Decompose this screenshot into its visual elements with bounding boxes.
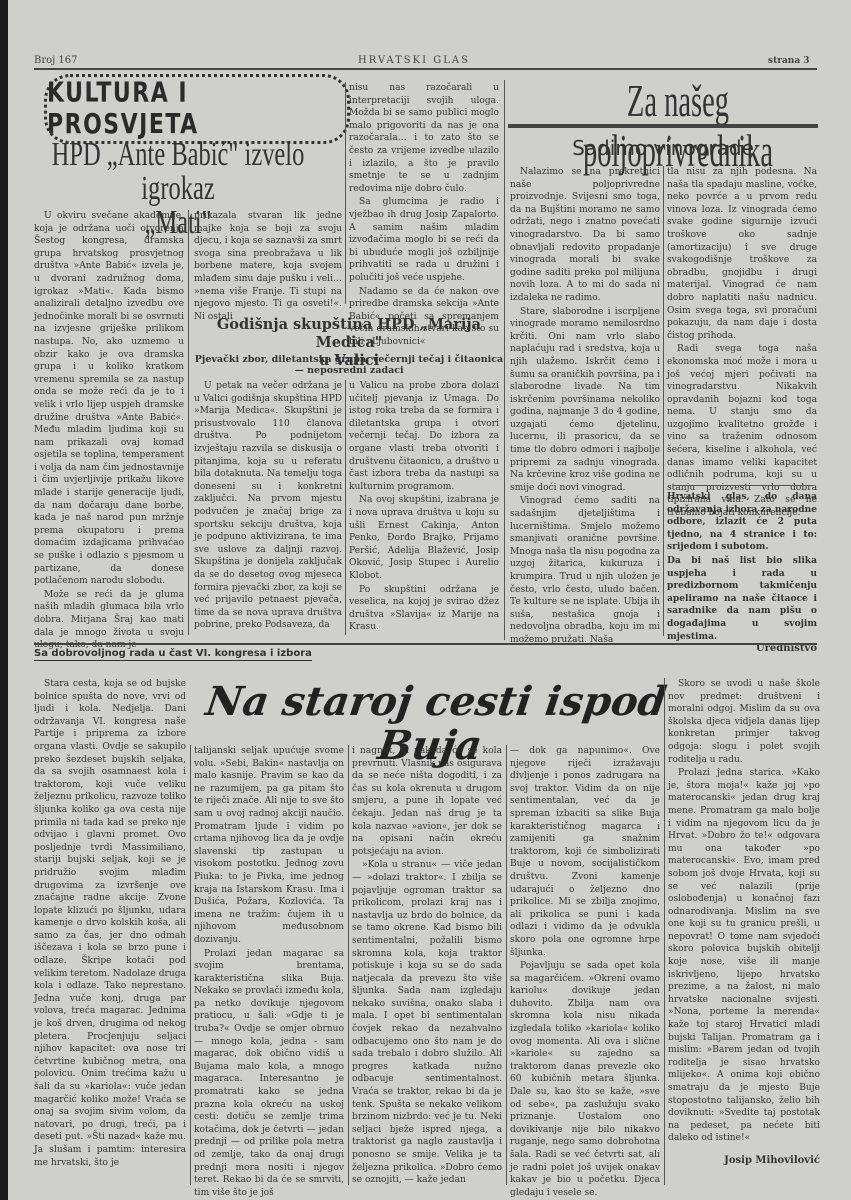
paragraph: Skoro se uvodi u naše škole nov predmet:… [668,678,820,766]
paragraph: Prolazi jedan magarac sa svojim brentama… [194,948,344,1200]
column-divider [504,80,505,640]
vinograde-col2: tla nisu za njih podesna. Na naša tla sp… [667,166,817,520]
column-divider [348,745,349,1185]
column-divider [345,380,346,635]
paragraph: nisu nas razočarali u interpretaciji svo… [349,82,499,195]
buje-col3: i nagnut, ili pak da će se kola prevrnut… [352,745,502,1187]
section-rule [34,643,817,645]
kicker-rule [508,124,818,128]
paragraph: »Kola u stranu« — viče jedan — »dolazi t… [352,859,502,1186]
column-divider [506,745,507,1185]
mati-col3: nisu nas razočarali u interpretaciji svo… [349,82,499,348]
column-divider [188,210,189,635]
column-divider [190,745,191,1185]
vinograde-col1: Nalazimo se na prekretnici naše poljopri… [510,166,660,647]
paragraph: U okviru svečane akademije, koja je održ… [34,210,184,588]
paragraph: prikazala stvaran lik jedne majke koja s… [194,210,342,323]
paragraph: talijanski seljak upućuje svome volu. »S… [194,745,344,947]
paragraph: Vinograd ćemo saditi na sadašnjim djetel… [510,495,660,646]
skupstina-col1: U petak na večer održana je u Valici god… [194,380,342,632]
notice-paragraph: Da bi naš list bio slika uspjeha i rada … [667,555,817,643]
issue-number: Broj 167 [34,55,78,66]
paragraph: u Valicu na probe zbora dolazi učitelj p… [349,380,499,493]
notice-paragraph: Hrvatski glas, do dana održavanja izbora… [667,491,817,554]
column-divider [663,166,664,636]
mati-headline-line1: HPD „Ante Babić" izvelo igrokaz [41,138,315,206]
buje-col2: talijanski seljak upućuje svome volu. »S… [194,745,344,1199]
buje-signature: Josip Mihovilović [668,1155,820,1168]
section-banner-text: KULTURA I PROSVJETA [47,78,347,141]
paragraph: Po skupštini održana je veselica, na koj… [349,584,499,634]
paragraph: Pojavljuju se sada opet kola sa magarčić… [510,960,660,1199]
column-divider [345,82,346,304]
paragraph: Na ovoj skupštini, izabrana je i nova up… [349,494,499,582]
paragraph: Nalazimo se na prekretnici naše poljopri… [510,166,660,305]
skupstina-headline-line1: Godišnja skupština HPD „Marija Medica" [194,316,504,352]
paper-name: HRVATSKI GLAS [358,55,470,66]
paragraph: U petak na večer održana je u Valici god… [194,380,342,632]
buje-section-label: Sa dobrovoljnog rada u čast VI. kongresa… [34,648,312,661]
scan-edge [0,0,8,1200]
buje-col4: — dok ga napunimo«. Ove njegove riječi i… [510,745,660,1199]
paragraph: — dok ga napunimo«. Ove njegove riječi i… [510,745,660,959]
skupstina-col2: u Valicu na probe zbora dolazi učitelj p… [349,380,499,634]
paragraph: Stara cesta, koja se od bujske bolnice s… [34,678,186,1169]
page-number: strana 3 [768,56,810,66]
buje-col1: Stara cesta, koja se od bujske bolnice s… [34,678,186,1169]
mati-col1: U okviru svečane akademije, koja je održ… [34,210,184,652]
paragraph: Stare, slaborodne i iscrpljene vinograde… [510,306,660,495]
paragraph: Prolazi jedna starica. »Kako je, štora m… [668,767,820,1145]
paragraph: i nagnut, ili pak da će se kola prevrnut… [352,745,502,858]
mati-col2: prikazala stvaran lik jedne majke koja s… [194,210,342,323]
column-divider [664,678,665,1185]
notice-box: Hrvatski glas, do dana održavanja izbora… [667,491,817,656]
newspaper-page: Broj 167 HRVATSKI GLAS strana 3 KULTURA … [8,0,851,1200]
section-banner: KULTURA I PROSVJETA [44,74,350,144]
buje-col5: Skoro se uvodi u naše škole nov predmet:… [668,678,820,1168]
notice-rule [673,485,813,486]
vinograde-headline: Sadimo vinograde [508,136,818,160]
notice-signature: Uredništvo [667,643,817,656]
paragraph: Sa glumcima je radio i vježbao ih drug J… [349,196,499,284]
skupstina-subheadline: Pjevački zbor, diletantska grupa, večern… [194,354,504,376]
paragraph: tla nisu za njih podesna. Na naša tla sp… [667,166,817,342]
masthead-rule [34,68,817,70]
